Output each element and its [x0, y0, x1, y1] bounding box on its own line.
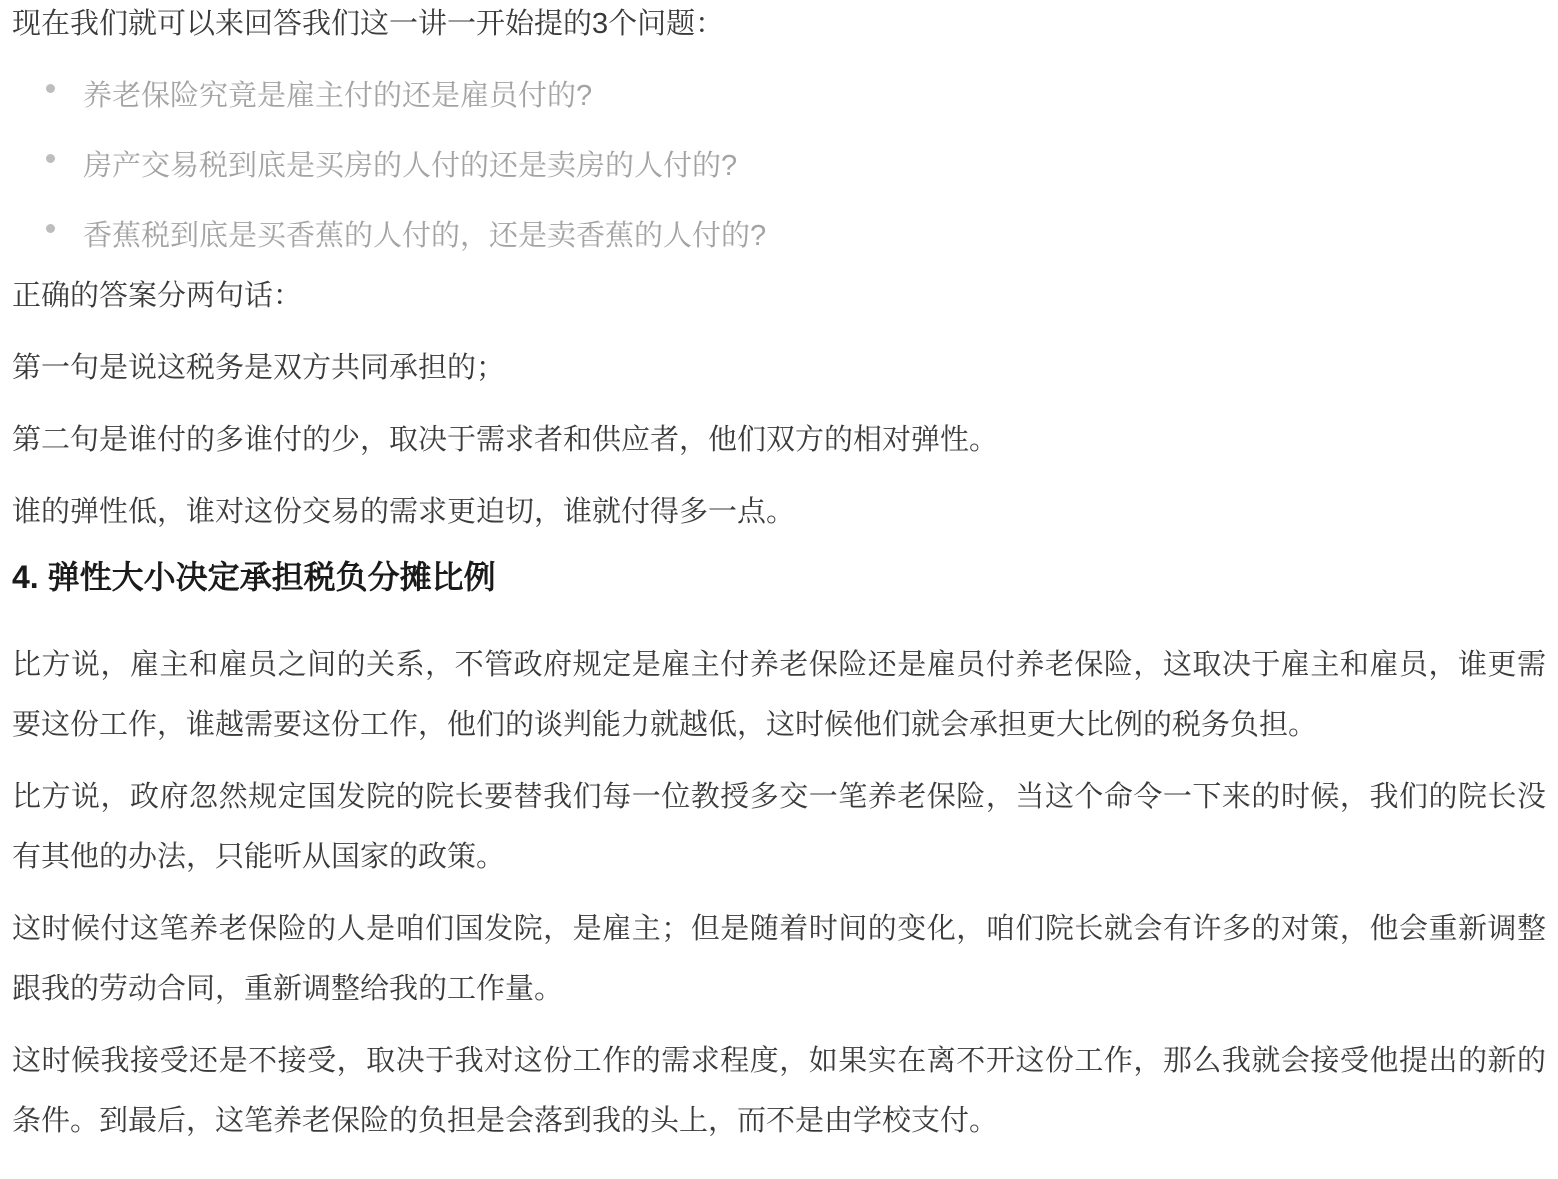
- question-text: 养老保险究竟是雇主付的还是雇员付的?: [83, 80, 592, 112]
- answer-intro-paragraph: 正确的答案分两句话：: [12, 266, 1546, 326]
- body-paragraph-4: 这时候我接受还是不接受，取决于我对这份工作的需求程度，如果实在离不开这份工作，那…: [12, 1031, 1546, 1151]
- body-paragraph-1: 比方说，雇主和雇员之间的关系，不管政府规定是雇主付养老保险还是雇员付养老保险，这…: [12, 635, 1546, 755]
- answer-point-3: 谁的弹性低，谁对这份交易的需求更迫切，谁就付得多一点。: [12, 482, 1546, 542]
- bullet-icon: [46, 154, 55, 163]
- body-paragraph-3: 这时候付这笔养老保险的人是咱们国发院，是雇主；但是随着时间的变化，咱们院长就会有…: [12, 899, 1546, 1019]
- section-heading: 4. 弹性大小决定承担税负分摊比例: [12, 555, 1546, 599]
- bullet-icon: [46, 84, 55, 93]
- question-item-1: 养老保险究竟是雇主付的还是雇员付的?: [12, 66, 1546, 126]
- question-list: 养老保险究竟是雇主付的还是雇员付的? 房产交易税到底是买房的人付的还是卖房的人付…: [12, 66, 1546, 266]
- question-text: 房产交易税到底是买房的人付的还是卖房的人付的?: [83, 150, 737, 182]
- question-item-2: 房产交易税到底是买房的人付的还是卖房的人付的?: [12, 136, 1546, 196]
- intro-paragraph: 现在我们就可以来回答我们这一讲一开始提的3个问题：: [12, 0, 1546, 54]
- question-item-3: 香蕉税到底是买香蕉的人付的，还是卖香蕉的人付的?: [12, 206, 1546, 266]
- answer-point-1: 第一句是说这税务是双方共同承担的；: [12, 338, 1546, 398]
- article-page: 现在我们就可以来回答我们这一讲一开始提的3个问题： 养老保险究竟是雇主付的还是雇…: [0, 0, 1558, 1179]
- answer-point-2: 第二句是谁付的多谁付的少，取决于需求者和供应者，他们双方的相对弹性。: [12, 410, 1546, 470]
- question-text: 香蕉税到底是买香蕉的人付的，还是卖香蕉的人付的?: [83, 220, 766, 252]
- body-paragraph-2: 比方说，政府忽然规定国发院的院长要替我们每一位教授多交一笔养老保险，当这个命令一…: [12, 767, 1546, 887]
- bullet-icon: [46, 224, 55, 233]
